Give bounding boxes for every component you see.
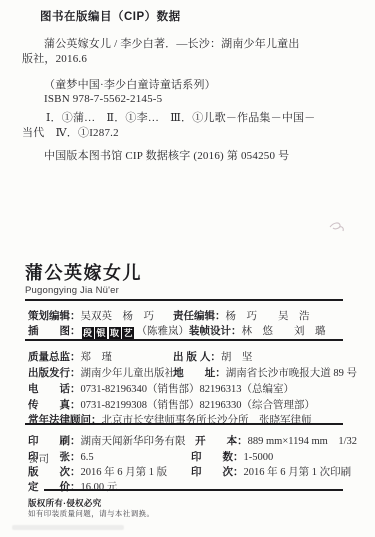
publisher-label: 出版发行： xyxy=(28,367,81,379)
cip-classification-line1: Ⅰ．①蒲… Ⅱ．①李… Ⅲ．①儿歌－作品集－中国－ xyxy=(46,112,315,124)
address-label: 地 址： xyxy=(173,367,226,379)
scan-smudge-artifact xyxy=(12,525,124,530)
logo-char-3: 取 xyxy=(109,327,121,339)
divider-rule-4 xyxy=(44,489,343,491)
cip-heading: 图书在版编目（CIP）数据 xyxy=(40,11,181,24)
cip-isbn: ISBN 978-7-5562-2145-5 xyxy=(44,93,162,105)
quality-director-label: 质量总监： xyxy=(28,351,81,363)
design-label: 装帧设计： xyxy=(189,325,242,337)
designer-names: 林 悠 刘 璐 xyxy=(242,326,326,337)
price-value: 16.00 元 xyxy=(81,482,118,493)
publisher-person-label: 出 版 人： xyxy=(173,351,221,363)
cip-title-line1: 蒲公英嫁女儿 / 李少白著．—长沙：湖南少年儿童出 xyxy=(44,38,300,50)
cip-title-line2: 版社，2016.6 xyxy=(22,53,87,65)
printer-label: 印 刷： xyxy=(28,435,81,447)
printing-row-price: 定 价：16.00 元 xyxy=(28,477,357,495)
book-title-pinyin: Pugongying Jia Nü'er xyxy=(25,286,119,296)
logo-char-1: 段 xyxy=(82,327,94,339)
pencil-mark-artifact xyxy=(326,218,348,236)
phone-value: 0731-82196340（销售部）82196313（总编室） xyxy=(81,384,295,395)
divider-rule-3 xyxy=(25,423,343,425)
address-value: 湖南省长沙市晚报大道 89 号 xyxy=(226,368,357,379)
publishing-row-phone: 电 话：0731-82196340（销售部）82196313（总编室） xyxy=(28,379,357,397)
copyright-page: 图书在版编目（CIP）数据 蒲公英嫁女儿 / 李少白著．—长沙：湖南少年儿童出 … xyxy=(0,0,375,537)
cip-classification-line2: 当代 Ⅳ．①I287.2 xyxy=(22,127,119,139)
logo-char-2: 银 xyxy=(95,327,107,339)
illustrator-studio-logo: 段银取艺 xyxy=(82,323,136,341)
quality-exchange-note: 如有印装质量问题，请与本社调换。 xyxy=(28,510,154,518)
publisher-name: 湖南少年儿童出版社 xyxy=(81,368,176,379)
publishing-row-house: 出版发行：湖南少年儿童出版社 地 址：湖南省长沙市晚报大道 89 号 xyxy=(28,363,357,381)
publishing-row-director: 质量总监：郑 瑾 出 版 人：胡 坚 xyxy=(28,347,357,365)
quality-director-name: 郑 瑾 xyxy=(81,352,113,363)
phone-label: 电 话： xyxy=(28,383,81,395)
publishing-row-legal: 常年法律顾问：北京市长安律师事务所长沙分所 张晓军律师 xyxy=(28,410,357,428)
format-label: 开 本： xyxy=(195,435,248,447)
divider-rule-2 xyxy=(25,339,343,341)
illustrator-name: （陈雅岚） xyxy=(137,326,190,337)
credits-row-illustration: 插 图：段银取艺（陈雅岚） 装帧设计：林 悠 刘 璐 xyxy=(28,321,357,341)
logo-char-4: 艺 xyxy=(122,327,134,339)
cip-series-line: （童梦中国·李少白童诗童话系列） xyxy=(44,79,216,91)
price-label: 定 价： xyxy=(28,481,81,493)
copyright-notice: 版权所有·侵权必究 xyxy=(28,499,102,508)
cip-record-number: 中国版本图书馆 CIP 数据核字 (2016) 第 054250 号 xyxy=(44,150,289,162)
divider-rule-1 xyxy=(25,299,343,301)
publisher-person-name: 胡 坚 xyxy=(221,352,253,363)
book-title: 蒲公英嫁女儿 xyxy=(25,264,142,284)
illustration-label: 插 图： xyxy=(28,325,81,337)
format-value: 889 mm×1194 mm 1/32 xyxy=(248,436,357,447)
